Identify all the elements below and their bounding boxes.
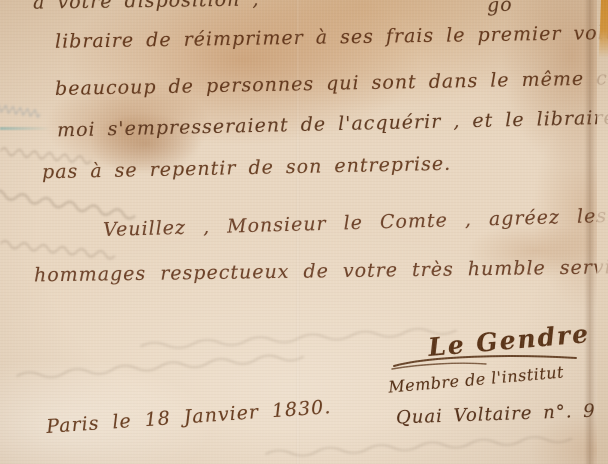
- bleedthrough-mark: [140, 321, 470, 354]
- letter-line-5: pas à se repentir de son entreprise.: [42, 153, 452, 184]
- letter-line-1-fragment: go: [487, 0, 513, 16]
- letter-line-1: à votre disposition ,: [33, 0, 260, 14]
- letter-line-3: beaucoup de personnes qui sont dans le m…: [55, 66, 608, 100]
- bleedthrough-mark: [265, 430, 585, 463]
- teal-ink-mark: [0, 127, 50, 130]
- letter-closing-line-1: Veuillez , Monsieur le Comte , agréez le…: [103, 205, 608, 241]
- letter-photograph: à votre disposition , go libraire de réi…: [0, 0, 608, 464]
- signature-address: Quai Voltaire n°. 9: [396, 401, 596, 429]
- letter-line-4: moi s'empresseraient de l'acquérir , et …: [57, 105, 608, 142]
- bleedthrough-stamp-mark: [0, 101, 43, 121]
- dateline: Paris le 18 Janvier 1830.: [46, 396, 332, 438]
- letter-line-2: libraire de réimprimer à ses frais le pr…: [55, 21, 608, 52]
- bleedthrough-mark: [16, 348, 316, 385]
- letter-closing-line-2: hommages respectueux de votre très humbl…: [34, 256, 608, 287]
